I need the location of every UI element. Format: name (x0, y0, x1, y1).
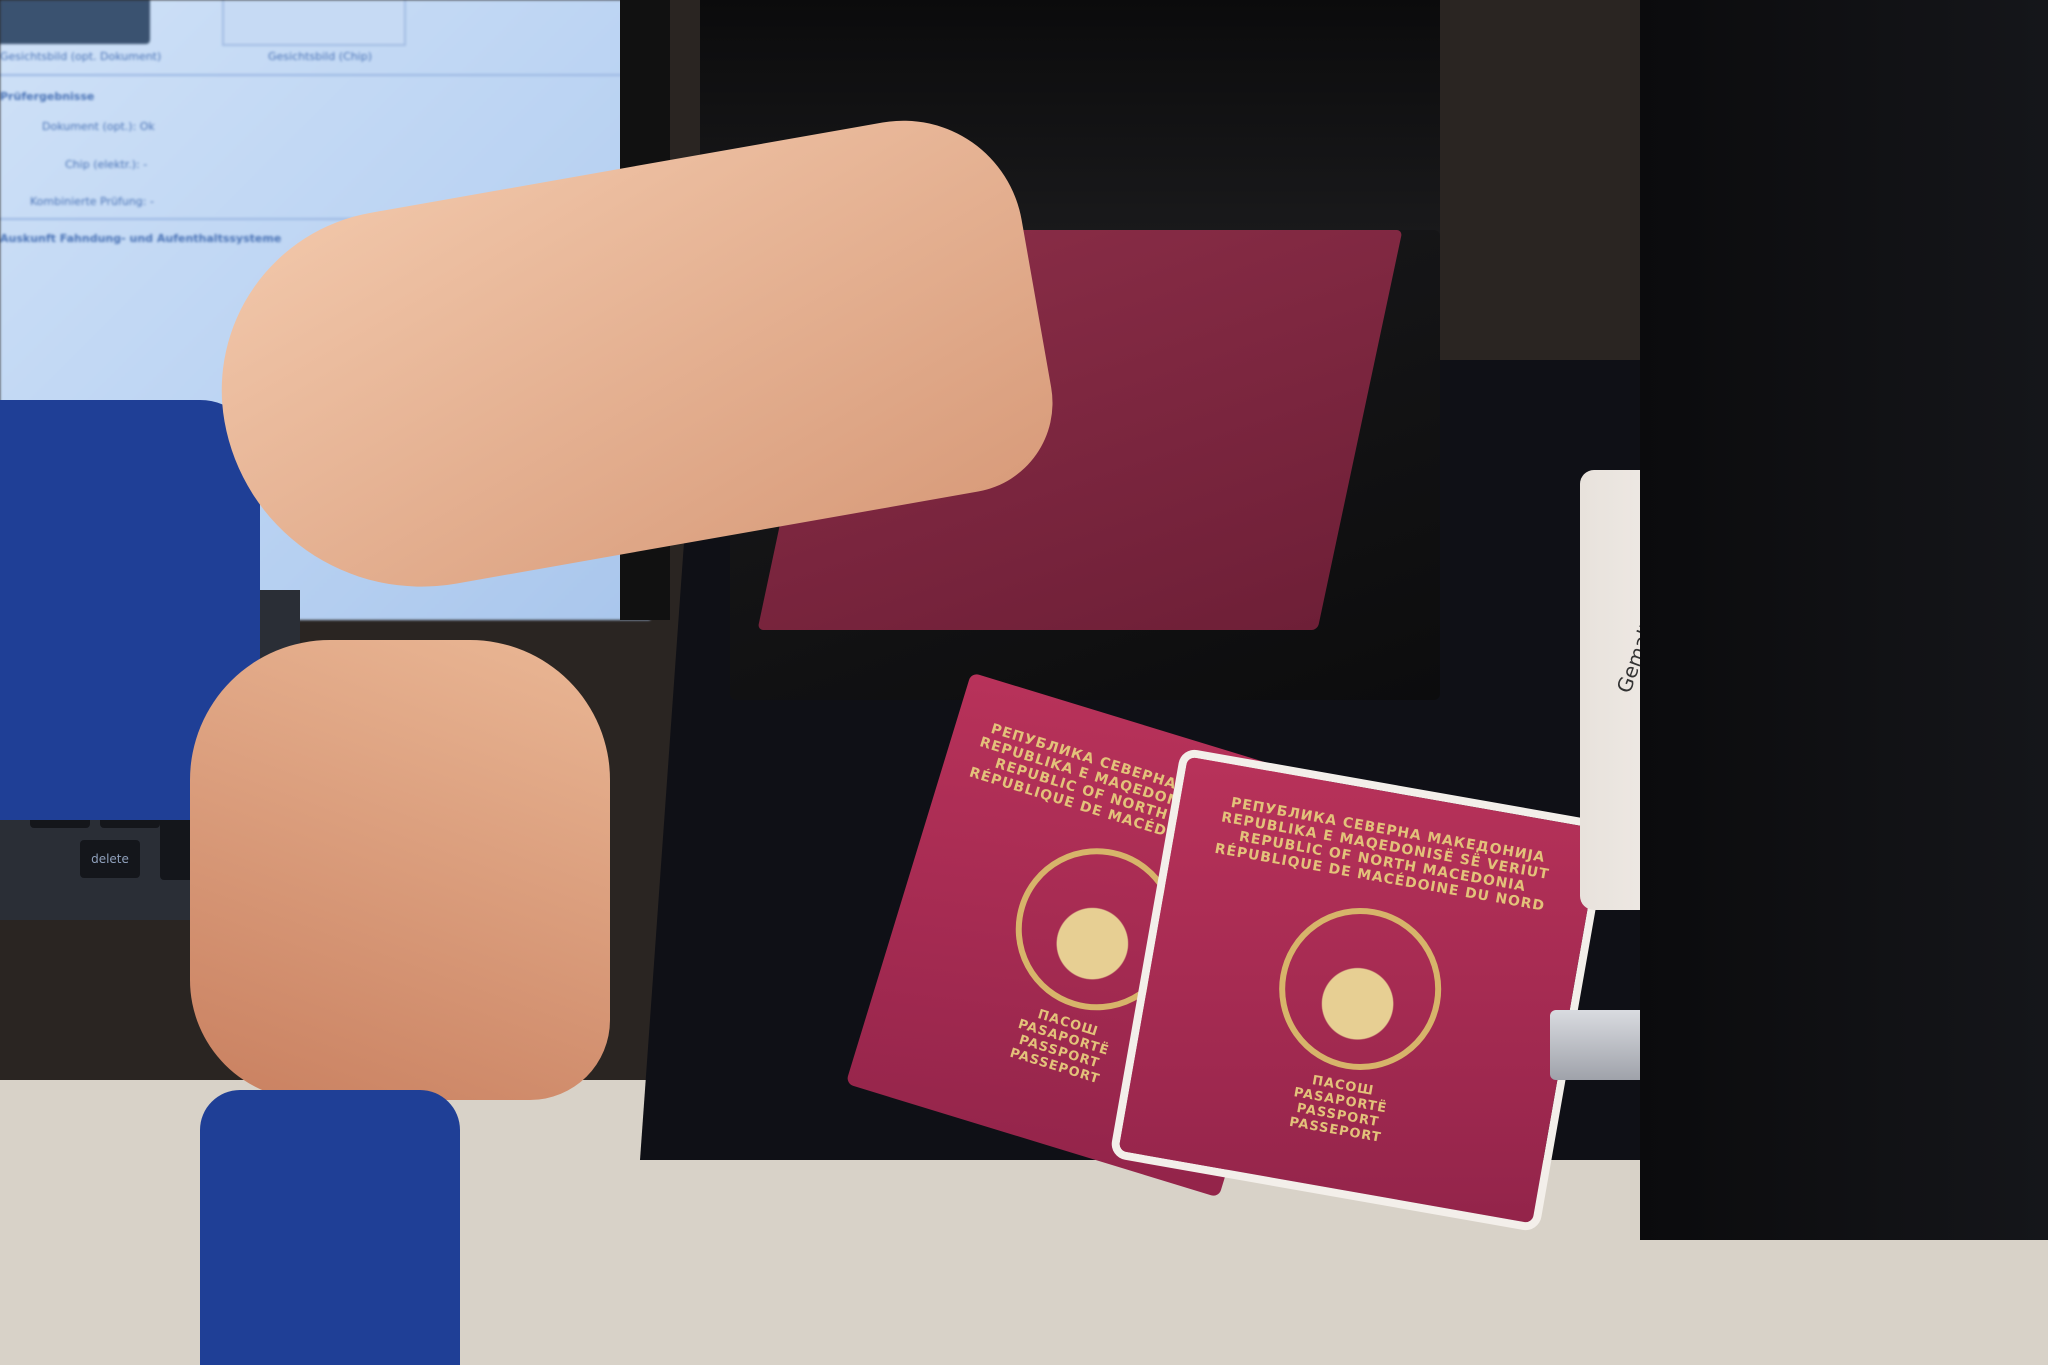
coat-of-arms-icon (1266, 895, 1454, 1083)
chip-check-status: Chip (elektr.): - (65, 158, 147, 171)
sleeve (200, 1090, 460, 1365)
passport: РЕПУБЛИКА СЕВЕРНА МАКЕДОНИЈА REPUBLIKA E… (1118, 757, 1601, 1224)
combined-check-status: Kombinierte Prüfung: - (30, 195, 154, 208)
results-heading: Prüfergebnisse (0, 90, 94, 103)
key[interactable]: delete (80, 840, 140, 878)
photo-chip-label: Gesichtsbild (Chip) (268, 50, 372, 63)
document-check-status: Dokument (opt.): Ok (42, 120, 155, 133)
booth-panel (1640, 0, 2048, 1240)
divider (0, 74, 650, 76)
chip-photo-placeholder (222, 0, 406, 46)
document-photo (0, 0, 150, 44)
hand-on-mouse (190, 640, 610, 1100)
photo-document-label: Gesichtsbild (opt. Dokument) (0, 50, 161, 63)
systems-heading: Auskunft Fahndung- und Aufenthaltssystem… (0, 232, 281, 245)
